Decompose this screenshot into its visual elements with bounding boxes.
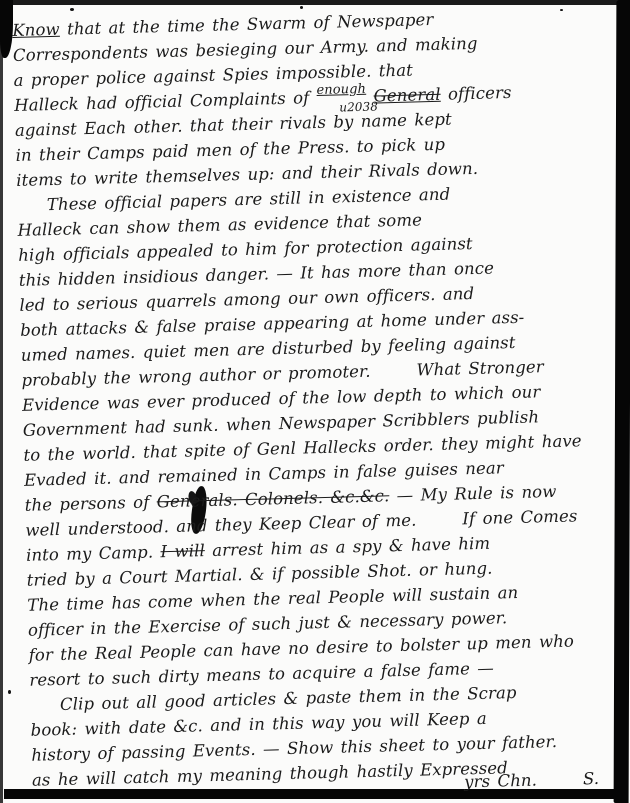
handwriting-text: officers (440, 83, 511, 104)
scan-speckle (8, 690, 11, 694)
handwriting-text: the persons of (25, 492, 157, 514)
scanned-letter-page: Know that at the time the Swarm of Newsp… (0, 0, 630, 803)
inserted-word: enough (316, 82, 366, 98)
signature-initial: S. (583, 769, 600, 788)
handwriting-text: into my Camp. (26, 542, 161, 565)
handwriting-text: Know (12, 20, 60, 40)
letter-body: Know that at the time the Swarm of Newsp… (12, 2, 630, 803)
handwriting-text: If one Comes (462, 506, 578, 528)
handwriting-text (371, 376, 417, 377)
handwriting-text: General (373, 85, 441, 106)
handwriting-text (417, 524, 463, 525)
scan-edge-left (0, 30, 3, 803)
handwriting-text: Generals. Colonels. &c.&c. (156, 486, 389, 511)
handwriting-text: I will (160, 541, 205, 561)
scan-speckle (300, 6, 303, 9)
signature-closing: yrs Chn. (464, 771, 537, 792)
scan-speckle (70, 8, 74, 11)
scan-corner-blob (0, 0, 13, 58)
handwriting-text: What Stronger (416, 357, 544, 379)
handwriting-text: — My Rule is now (389, 482, 557, 505)
